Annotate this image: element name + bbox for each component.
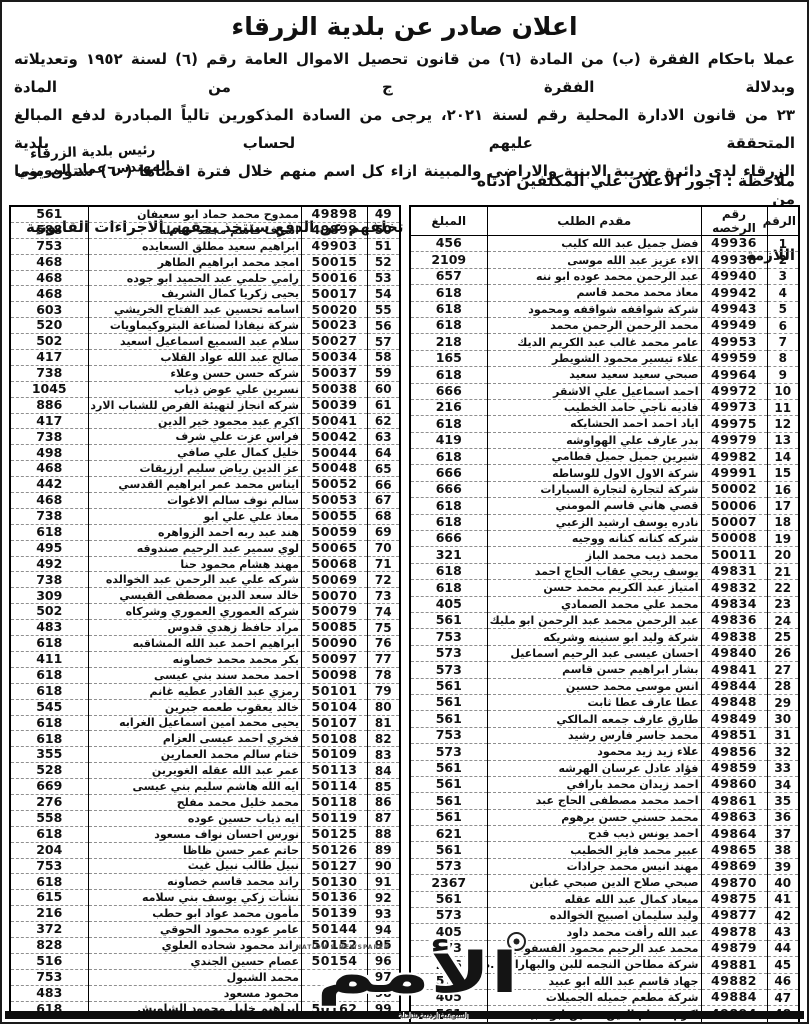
amount-cell: 528 — [10, 763, 88, 779]
column-header-license: رقم الرخصه — [701, 206, 767, 236]
table-row: 9250136نشأت زكي يوسف بني سلامه615 — [10, 890, 400, 906]
table-row: 7650090ابراهيم احمد عبد الله المشاقبه618 — [10, 636, 400, 652]
table-row: 4049870صبحي صلاح الدين صبحي غباين2367 — [410, 875, 800, 891]
table-row: 4449879محمد عبد الرحيم محمود الفسفوس573 — [410, 940, 800, 956]
license-number-cell: 50053 — [302, 493, 368, 509]
page-bottom-border — [5, 1011, 804, 1019]
amount-cell: 355 — [10, 747, 88, 763]
applicant-name-cell: خالد يعقوب طعمه جبرين — [88, 699, 302, 715]
applicant-name-cell: عبد الرحمن محمد عوده ابو ننه — [488, 268, 702, 284]
applicant-name-cell: ايناس محمد عمر ابراهيم القدسي — [88, 477, 302, 493]
amount-cell: 502 — [10, 334, 88, 350]
row-number-cell: 19 — [767, 531, 799, 547]
applicant-name-cell: صبحي صلاح الدين صبحي غباين — [488, 875, 702, 891]
license-number-cell: 50016 — [302, 270, 368, 286]
row-number-cell: 23 — [767, 596, 799, 612]
applicant-name-cell: امتياز عبد الكريم محمد حسن — [488, 580, 702, 596]
table-row: 8050104خالد يعقوب طعمه جبرين545 — [10, 699, 400, 715]
applicant-name-cell: بكر محمد محمد خصاونه — [88, 651, 302, 667]
amount-cell: 657 — [410, 268, 488, 284]
license-number-cell: 49851 — [701, 727, 767, 743]
table-row: 1149973فاديه ناجي حامد الخطيب216 — [410, 399, 800, 415]
row-number-cell: 87 — [368, 810, 400, 826]
row-number-cell: 29 — [767, 694, 799, 710]
license-number-cell: 50070 — [302, 588, 368, 604]
applicant-name-cell: صالح عبد الله عواد القلاب — [88, 350, 302, 366]
column-header-num: الرقم — [767, 206, 799, 236]
license-number-cell: 50044 — [302, 445, 368, 461]
table-row: 9650154عصام حسين الجندي516 — [10, 953, 400, 969]
amount-cell: 468 — [10, 493, 88, 509]
row-number-cell: 49 — [368, 206, 400, 222]
applicant-name-cell: جهاد قاسم عبد الله ابو عبيد — [488, 973, 702, 989]
applicant-name-cell: يحيى زكريا كمال الشريف — [88, 286, 302, 302]
applicant-name-cell: عصام حسين الجندي — [88, 953, 302, 969]
table-row: 7050065لوي سمير عبد الرحيم صندوقه495 — [10, 540, 400, 556]
amount-cell: 573 — [410, 744, 488, 760]
row-number-cell: 26 — [767, 645, 799, 661]
table-row: 9350139مأمون محمد عواد ابو حطب216 — [10, 906, 400, 922]
license-number-cell: 50130 — [302, 874, 368, 890]
table-row: 1950008شركه كنانه كنانه ووجيه666 — [410, 531, 800, 547]
applicant-name-cell: عامر عوده محمود الحوقي — [88, 922, 302, 938]
row-number-cell: 37 — [767, 826, 799, 842]
table-row: 6450044خليل كمال علي صافي498 — [10, 445, 400, 461]
table-row: 3149851محمد جاسر فارس رشيد753 — [410, 727, 800, 743]
table-row: 2149831يوسف ربحي عقاب الحاج احمد618 — [410, 563, 800, 579]
applicant-name-cell: مهند هشام محمود حنا — [88, 556, 302, 572]
table-row: 4249877وليد سليمان اصبيح الخوالده573 — [410, 908, 800, 924]
amount-cell: 502 — [10, 604, 88, 620]
row-number-cell: 93 — [368, 906, 400, 922]
applicant-name-cell: معاذ علي علي ابو — [88, 508, 302, 524]
row-number-cell: 36 — [767, 809, 799, 825]
amount-cell: 573 — [410, 973, 488, 989]
table-row: 649949محمد الرحمن الرحمن محمد618 — [410, 317, 800, 333]
row-number-cell: 70 — [368, 540, 400, 556]
applicant-name-cell: نشأت زكي يوسف بني سلامه — [88, 890, 302, 906]
table-row: 3349859فؤاد عادل عرسان الهرشه561 — [410, 760, 800, 776]
row-number-cell: 39 — [767, 858, 799, 874]
applicant-name-cell: محمد عبد الرحيم محمود الفسفوس — [488, 940, 702, 956]
applicant-name-cell: مراد حافظ زهدي قدوس — [88, 620, 302, 636]
applicant-name-cell: بدر عارف علي الهواوشه — [488, 432, 702, 448]
license-number-cell: 49838 — [701, 629, 767, 645]
license-number-cell: 50108 — [302, 731, 368, 747]
license-number-cell: 49864 — [701, 826, 767, 842]
row-number-cell: 51 — [368, 238, 400, 254]
row-number-cell: 71 — [368, 556, 400, 572]
license-number-cell: 49953 — [701, 334, 767, 350]
amount-cell: 561 — [410, 842, 488, 858]
right-table: الرقم رقم الرخصه مقدم الطلب المبلغ 14993… — [409, 205, 801, 1024]
table-row: 4649882جهاد قاسم عبد الله ابو عبيد573 — [410, 973, 800, 989]
table-row: 6850055معاذ علي علي ابو738 — [10, 508, 400, 524]
applicant-name-cell: محمود مسعود — [88, 985, 302, 1001]
license-number-cell: 49840 — [701, 645, 767, 661]
row-number-cell: 53 — [368, 270, 400, 286]
row-number-cell: 76 — [368, 636, 400, 652]
applicant-name-cell: محمد علي محمد الصمادي — [488, 596, 702, 612]
row-number-cell: 43 — [767, 924, 799, 940]
license-number-cell: 50065 — [302, 540, 368, 556]
license-number-cell: 49870 — [701, 875, 767, 891]
amount-cell: 561 — [410, 776, 488, 792]
license-number-cell: 50038 — [302, 381, 368, 397]
tables-container: 4949898ممدوح محمد حماد ابو سعيفان5615049… — [9, 205, 800, 1006]
applicant-name-cell: شركه العموري العموري وشركاه — [88, 604, 302, 620]
applicant-name-cell: يحيى محمد امين اسماعيل الغرابه — [88, 715, 302, 731]
amount-cell: 456 — [410, 236, 488, 252]
amount-cell: 738 — [10, 429, 88, 445]
amount-cell: 2109 — [410, 252, 488, 268]
license-number-cell: 49972 — [701, 383, 767, 399]
amount-cell: 492 — [10, 556, 88, 572]
amount-cell: 498 — [10, 445, 88, 461]
license-number-cell: 49841 — [701, 662, 767, 678]
table-row: 4749884شركة مطعم جميله الجميلات405 — [410, 989, 800, 1005]
license-number-cell: 50042 — [302, 429, 368, 445]
amount-cell: 666 — [410, 465, 488, 481]
row-number-cell: 62 — [368, 413, 400, 429]
row-number-cell: 83 — [368, 747, 400, 763]
left-table-body: 4949898ممدوح محمد حماد ابو سعيفان5615049… — [10, 206, 400, 1017]
license-number-cell: 50011 — [701, 547, 767, 563]
table-row: 2349834محمد علي محمد الصمادي405 — [410, 596, 800, 612]
row-number-cell: 11 — [767, 399, 799, 415]
amount-cell: 561 — [10, 206, 88, 222]
applicant-name-cell: اكرم عبد محمود خير الدين — [88, 413, 302, 429]
license-number-cell: 49898 — [302, 206, 368, 222]
applicant-name-cell: احمد اسماعيل علي الاشقر — [488, 383, 702, 399]
row-number-cell: 96 — [368, 953, 400, 969]
license-number-cell: 50119 — [302, 810, 368, 826]
row-number-cell: 46 — [767, 973, 799, 989]
applicant-name-cell: نسرين علي عوض ذياب — [88, 381, 302, 397]
table-row: 5250015امجد محمد ابراهيم الطاهر468 — [10, 254, 400, 270]
applicant-name-cell: وليد سليمان اصبيح الخوالده — [488, 908, 702, 924]
amount-cell: 165 — [410, 350, 488, 366]
amount-cell: 753 — [410, 629, 488, 645]
amount-cell: 561 — [410, 809, 488, 825]
applicant-name-cell: عز الدين رياض سليم ارزيقات — [88, 461, 302, 477]
amount-cell: 738 — [10, 365, 88, 381]
amount-cell: 520 — [10, 318, 88, 334]
table-row: 7150068مهند هشام محمود حنا492 — [10, 556, 400, 572]
row-number-cell: 91 — [368, 874, 400, 890]
applicant-name-cell: يوسف ربحي عقاب الحاج احمد — [488, 563, 702, 579]
applicant-name-cell: شركة الاول الاول للوساطه — [488, 465, 702, 481]
applicant-name-cell: فاديه ناجي حامد الخطيب — [488, 399, 702, 415]
table-row: 4349878عبد الله رأفت محمد داود405 — [410, 924, 800, 940]
table-row: 3949869مهند انيس محمد جرادات573 — [410, 858, 800, 874]
applicant-name-cell: هند عبد ربه احمد الزواهره — [88, 524, 302, 540]
license-number-cell: 49863 — [701, 809, 767, 825]
table-row: 8650118محمد خليل محمد مفلح276 — [10, 794, 400, 810]
amount-cell: 561 — [410, 678, 488, 694]
row-number-cell: 58 — [368, 350, 400, 366]
amount-cell: 561 — [410, 793, 488, 809]
row-number-cell: 18 — [767, 514, 799, 530]
amount-cell: 417 — [10, 413, 88, 429]
applicant-name-cell: محمد حسني حسن برهوم — [488, 809, 702, 825]
row-number-cell: 47 — [767, 989, 799, 1005]
license-number-cell: 50125 — [302, 826, 368, 842]
amount-cell: 419 — [410, 432, 488, 448]
amount-cell: 405 — [410, 989, 488, 1005]
table-row: 7550085مراد حافظ زهدي قدوس483 — [10, 620, 400, 636]
license-number-cell: 49831 — [701, 563, 767, 579]
amount-cell: 666 — [410, 383, 488, 399]
row-number-cell: 67 — [368, 493, 400, 509]
row-number-cell: 33 — [767, 760, 799, 776]
license-number-cell: 49975 — [701, 416, 767, 432]
amount-cell: 561 — [410, 612, 488, 628]
amount-cell: 618 — [410, 416, 488, 432]
license-number-cell: 50154 — [302, 953, 368, 969]
license-number-cell: 50052 — [302, 477, 368, 493]
amount-cell: 618 — [10, 826, 88, 842]
table-row: 1349979بدر عارف علي الهواوشه419 — [410, 432, 800, 448]
license-number-cell: 49856 — [701, 744, 767, 760]
table-row: 3249856علاء زيد زيد محمود573 — [410, 744, 800, 760]
amount-cell: 618 — [10, 715, 88, 731]
table-row: 6350042فراس عزت علي شرف738 — [10, 429, 400, 445]
applicant-name-cell: فخري احمد عيسى العزام — [88, 731, 302, 747]
applicant-name-cell: اشرف قاسم محمد حتامله — [88, 222, 302, 238]
row-number-cell: 44 — [767, 940, 799, 956]
row-number-cell: 17 — [767, 498, 799, 514]
amount-cell: 321 — [410, 547, 488, 563]
table-row: 349940عبد الرحمن محمد عوده ابو ننه657 — [410, 268, 800, 284]
amount-cell: 216 — [410, 399, 488, 415]
amount-cell: 618 — [410, 580, 488, 596]
row-number-cell: 68 — [368, 508, 400, 524]
table-row: 5950037شركه حسن حسن وعلاء738 — [10, 365, 400, 381]
amount-cell: 561 — [410, 694, 488, 710]
table-row: 5650023شركة نيفادا لصناعة البتروكيماويات… — [10, 318, 400, 334]
applicant-name-cell: قصي هاني قاسم المومني — [488, 498, 702, 514]
applicant-name-cell: ابراهيم احمد عبد الله المشاقبه — [88, 636, 302, 652]
amount-cell: 276 — [10, 794, 88, 810]
table-row: 2050011محمد ذيب محمد الباز321 — [410, 547, 800, 563]
row-number-cell: 15 — [767, 465, 799, 481]
license-number-cell: 49899 — [302, 222, 368, 238]
amount-cell: 666 — [410, 531, 488, 547]
amount-cell: 442 — [10, 477, 88, 493]
row-number-cell: 72 — [368, 572, 400, 588]
row-number-cell: 69 — [368, 524, 400, 540]
table-row: 7350070خالد سعد الدين مصطفى القيسي309 — [10, 588, 400, 604]
table-row: 5049899اشرف قاسم محمد حتامله588 — [10, 222, 400, 238]
amount-cell: 204 — [10, 842, 88, 858]
row-number-cell: 88 — [368, 826, 400, 842]
applicant-name-cell: رمزي عبد القادر عطيه غانم — [88, 683, 302, 699]
applicant-name-cell: ممدوح محمد حماد ابو سعيفان — [88, 206, 302, 222]
applicant-name-cell: شركة مطاحن النجمه للبن والبهارات د.م — [488, 957, 702, 973]
applicant-name-cell: حاتم عمر حسن ظاظا — [88, 842, 302, 858]
table-row: 98محمود مسعود483 — [10, 985, 400, 1001]
row-number-cell: 55 — [368, 302, 400, 318]
applicant-name-cell: شركه انجاز لتهيئة الفرص للشباب الارد — [88, 397, 302, 413]
row-number-cell: 20 — [767, 547, 799, 563]
license-number-cell: 50002 — [701, 481, 767, 497]
table-row: 6650052ايناس محمد عمر ابراهيم القدسي442 — [10, 477, 400, 493]
amount-cell: 666 — [410, 481, 488, 497]
row-number-cell: 75 — [368, 620, 400, 636]
row-number-cell: 27 — [767, 662, 799, 678]
amount-cell: 886 — [10, 397, 88, 413]
row-number-cell: 4 — [767, 285, 799, 301]
license-number-cell: 50079 — [302, 604, 368, 620]
license-number-cell: 49949 — [701, 317, 767, 333]
table-row: 7450079شركه العموري العموري وشركاه502 — [10, 604, 400, 620]
applicant-name-cell: سالم نوف سالم الاغوات — [88, 493, 302, 509]
table-row: 3749864احمد يونس ذيب قدح621 — [410, 826, 800, 842]
page-title: اعلان صادر عن بلدية الزرقاء — [2, 12, 807, 41]
table-row: 3549861احمد محمد مصطفى الحاج عبد561 — [410, 793, 800, 809]
table-row: 5149903ابراهيم سعيد مطلق السعايده753 — [10, 238, 400, 254]
table-row: 449942معاذ محمد محمد قاسم618 — [410, 285, 800, 301]
amount-cell: 621 — [410, 826, 488, 842]
license-number-cell: 50017 — [302, 286, 368, 302]
license-number-cell: 50007 — [701, 514, 767, 530]
applicant-name-cell: معاذ محمد محمد قاسم — [488, 285, 702, 301]
row-number-cell: 3 — [767, 268, 799, 284]
license-number-cell — [302, 985, 368, 1001]
column-header-amount: المبلغ — [410, 206, 488, 236]
table-row: 2649840احسان عيسى عبد الرحيم اسماعيل573 — [410, 645, 800, 661]
row-number-cell: 63 — [368, 429, 400, 445]
license-number-cell: 49884 — [701, 989, 767, 1005]
license-number-cell: 50101 — [302, 683, 368, 699]
license-number-cell: 49878 — [701, 924, 767, 940]
row-number-cell: 14 — [767, 449, 799, 465]
row-number-cell: 94 — [368, 922, 400, 938]
table-row: 2549838شركة وليد ابو سنينه وشريكه753 — [410, 629, 800, 645]
applicant-name-cell: نبيل طالب نبيل غيث — [88, 858, 302, 874]
applicant-name-cell: خالد سعد الدين مصطفى القيسي — [88, 588, 302, 604]
row-number-cell: 16 — [767, 481, 799, 497]
license-number-cell — [302, 969, 368, 985]
table-row: 8550114ايه الله هاشم سليم بني عيسى669 — [10, 779, 400, 795]
applicant-name-cell: عبد الله رأفت محمد داود — [488, 924, 702, 940]
applicant-name-cell: فضل جميل عبد الله كليب — [488, 236, 702, 252]
license-number-cell: 50114 — [302, 779, 368, 795]
license-number-cell: 49973 — [701, 399, 767, 415]
table-row: 2449836عبد الرحمن محمد عبد الرحمن ابو مل… — [410, 612, 800, 628]
row-number-cell: 2 — [767, 252, 799, 268]
table-row: 8850125نورس احسان نواف مسعود618 — [10, 826, 400, 842]
amount-cell: 405 — [410, 924, 488, 940]
amount-cell: 618 — [410, 563, 488, 579]
applicant-name-cell: اسامه تحسين عبد الفتاح الخريشي — [88, 302, 302, 318]
amount-cell: 618 — [410, 449, 488, 465]
row-number-cell: 66 — [368, 477, 400, 493]
applicant-name-cell: فؤاد عادل عرسان الهرشه — [488, 760, 702, 776]
license-number-cell: 49860 — [701, 776, 767, 792]
amount-cell: 468 — [10, 461, 88, 477]
applicant-name-cell: الاء عزيز عبد الله موسى — [488, 252, 702, 268]
row-number-cell: 1 — [767, 236, 799, 252]
license-number-cell: 50126 — [302, 842, 368, 858]
row-number-cell: 60 — [368, 381, 400, 397]
amount-cell: 468 — [10, 286, 88, 302]
table-row: 3449860احمد زيدان محمد بارافي561 — [410, 776, 800, 792]
license-number-cell: 50069 — [302, 572, 368, 588]
amount-cell: 561 — [410, 891, 488, 907]
row-number-cell: 13 — [767, 432, 799, 448]
table-row: 5850034صالح عبد الله عواد القلاب417 — [10, 350, 400, 366]
applicant-name-cell: شركة مطعم جميله الجميلات — [488, 989, 702, 1005]
row-number-cell: 41 — [767, 891, 799, 907]
table-row: 7750097بكر محمد محمد خصاونه411 — [10, 651, 400, 667]
table-row: 1249975اياد احمد احمد الحشايكه618 — [410, 416, 800, 432]
applicant-name-cell: راند محمد قاسم خصاونه — [88, 874, 302, 890]
table-row: 6750053سالم نوف سالم الاغوات468 — [10, 493, 400, 509]
applicant-name-cell: مأمون محمد عواد ابو حطب — [88, 906, 302, 922]
table-row: 1049972احمد اسماعيل علي الاشقر666 — [410, 383, 800, 399]
license-number-cell: 50008 — [701, 531, 767, 547]
row-number-cell: 78 — [368, 667, 400, 683]
applicant-name-cell: شركة نيفادا لصناعة البتروكيماويات — [88, 318, 302, 334]
table-row: 7250069شركه علي عبد الرحمن عبد الخوالده7… — [10, 572, 400, 588]
license-number-cell: 50152 — [302, 937, 368, 953]
amount-cell: 618 — [410, 285, 488, 301]
amount-cell: 468 — [10, 270, 88, 286]
announcement-page: اعلان صادر عن بلدية الزرقاء عملا باحكام … — [0, 0, 809, 1024]
applicant-name-cell: احمد يونس ذيب قدح — [488, 826, 702, 842]
license-number-cell: 49834 — [701, 596, 767, 612]
applicant-name-cell: علاء تيسير محمود الشويطر — [488, 350, 702, 366]
applicant-name-cell: مهند انيس محمد جرادات — [488, 858, 702, 874]
license-number-cell: 50037 — [302, 365, 368, 381]
license-number-cell: 50059 — [302, 524, 368, 540]
row-number-cell: 85 — [368, 779, 400, 795]
applicant-name-cell: عبير محمد فايز الخطيب — [488, 842, 702, 858]
row-number-cell: 24 — [767, 612, 799, 628]
table-row: 8150107يحيى محمد امين اسماعيل الغرابه618 — [10, 715, 400, 731]
license-number-cell: 50015 — [302, 254, 368, 270]
table-row: 2949848عطا عارف عطا ثابت561 — [410, 694, 800, 710]
applicant-name-cell: احسان عيسى عبد الرحيم اسماعيل — [488, 645, 702, 661]
applicant-name-cell: ابراهيم سعيد مطلق السعايده — [88, 238, 302, 254]
fees-note: ملاحظة : اجور الاعلان علي المكلفين ادناه — [477, 172, 795, 190]
row-number-cell: 12 — [767, 416, 799, 432]
applicant-name-cell: عامر محمد غالب عبد الكريم الديك — [488, 334, 702, 350]
applicant-name-cell: شيرين جميل جميل قطامي — [488, 449, 702, 465]
table-row: 1449982شيرين جميل جميل قطامي618 — [410, 449, 800, 465]
license-number-cell: 49879 — [701, 940, 767, 956]
row-number-cell: 73 — [368, 588, 400, 604]
table-row: 6150039شركه انجاز لتهيئة الفرص للشباب ال… — [10, 397, 400, 413]
license-number-cell: 49964 — [701, 367, 767, 383]
row-number-cell: 25 — [767, 629, 799, 645]
row-number-cell: 40 — [767, 875, 799, 891]
table-row: 249938الاء عزيز عبد الله موسى2109 — [410, 252, 800, 268]
amount-cell: 618 — [10, 683, 88, 699]
applicant-name-cell: شركه كنانه كنانه ووجيه — [488, 531, 702, 547]
row-number-cell: 84 — [368, 763, 400, 779]
table-row: 8350109ختام سالم محمد العمارين355 — [10, 747, 400, 763]
table-row: 7950101رمزي عبد القادر عطيه غانم618 — [10, 683, 400, 699]
row-number-cell: 74 — [368, 604, 400, 620]
applicant-name-cell: بشار ابراهيم حسن قاسم — [488, 662, 702, 678]
amount-cell: 618 — [410, 498, 488, 514]
license-number-cell: 49832 — [701, 580, 767, 596]
table-row: 2849844انس موسى محمد حسين561 — [410, 678, 800, 694]
table-row: 5450017يحيى زكريا كمال الشريف468 — [10, 286, 400, 302]
